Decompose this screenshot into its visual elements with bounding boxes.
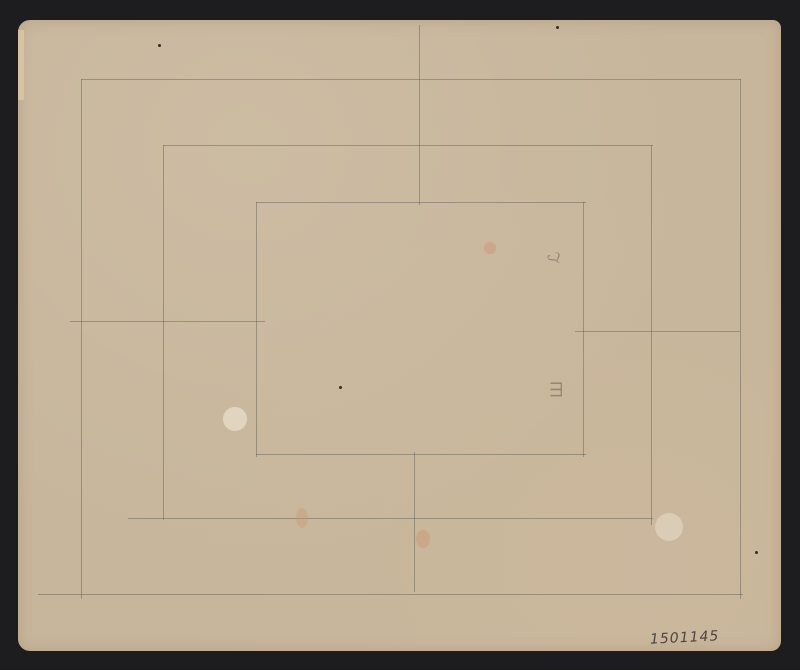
pencil-line xyxy=(128,518,653,519)
pencil-line xyxy=(256,202,257,457)
stain-spot xyxy=(416,530,430,548)
speck xyxy=(339,386,342,389)
pencil-line xyxy=(414,452,415,592)
torn-edge xyxy=(18,30,24,100)
pencil-mark: ℒ xyxy=(544,252,563,264)
speck xyxy=(556,26,559,29)
pencil-line xyxy=(256,454,586,455)
speck xyxy=(158,44,161,47)
pencil-line xyxy=(583,202,584,457)
pencil-line xyxy=(163,145,164,520)
stain-spot xyxy=(223,407,247,431)
stain-spot xyxy=(484,242,496,254)
stain-spot xyxy=(296,508,308,528)
cardboard-sheet: ℒ Ш xyxy=(18,20,781,651)
pencil-line xyxy=(256,202,586,203)
pencil-line xyxy=(81,79,82,599)
pencil-line xyxy=(419,25,420,205)
pencil-line xyxy=(575,331,740,332)
pencil-line xyxy=(163,145,653,146)
pencil-line xyxy=(740,79,741,599)
pencil-line xyxy=(70,321,265,322)
pencil-mark: Ш xyxy=(547,381,566,398)
pencil-line xyxy=(38,594,743,595)
stain-spot xyxy=(655,513,683,541)
pencil-line xyxy=(81,79,741,80)
pencil-line xyxy=(651,145,652,525)
speck xyxy=(755,551,758,554)
